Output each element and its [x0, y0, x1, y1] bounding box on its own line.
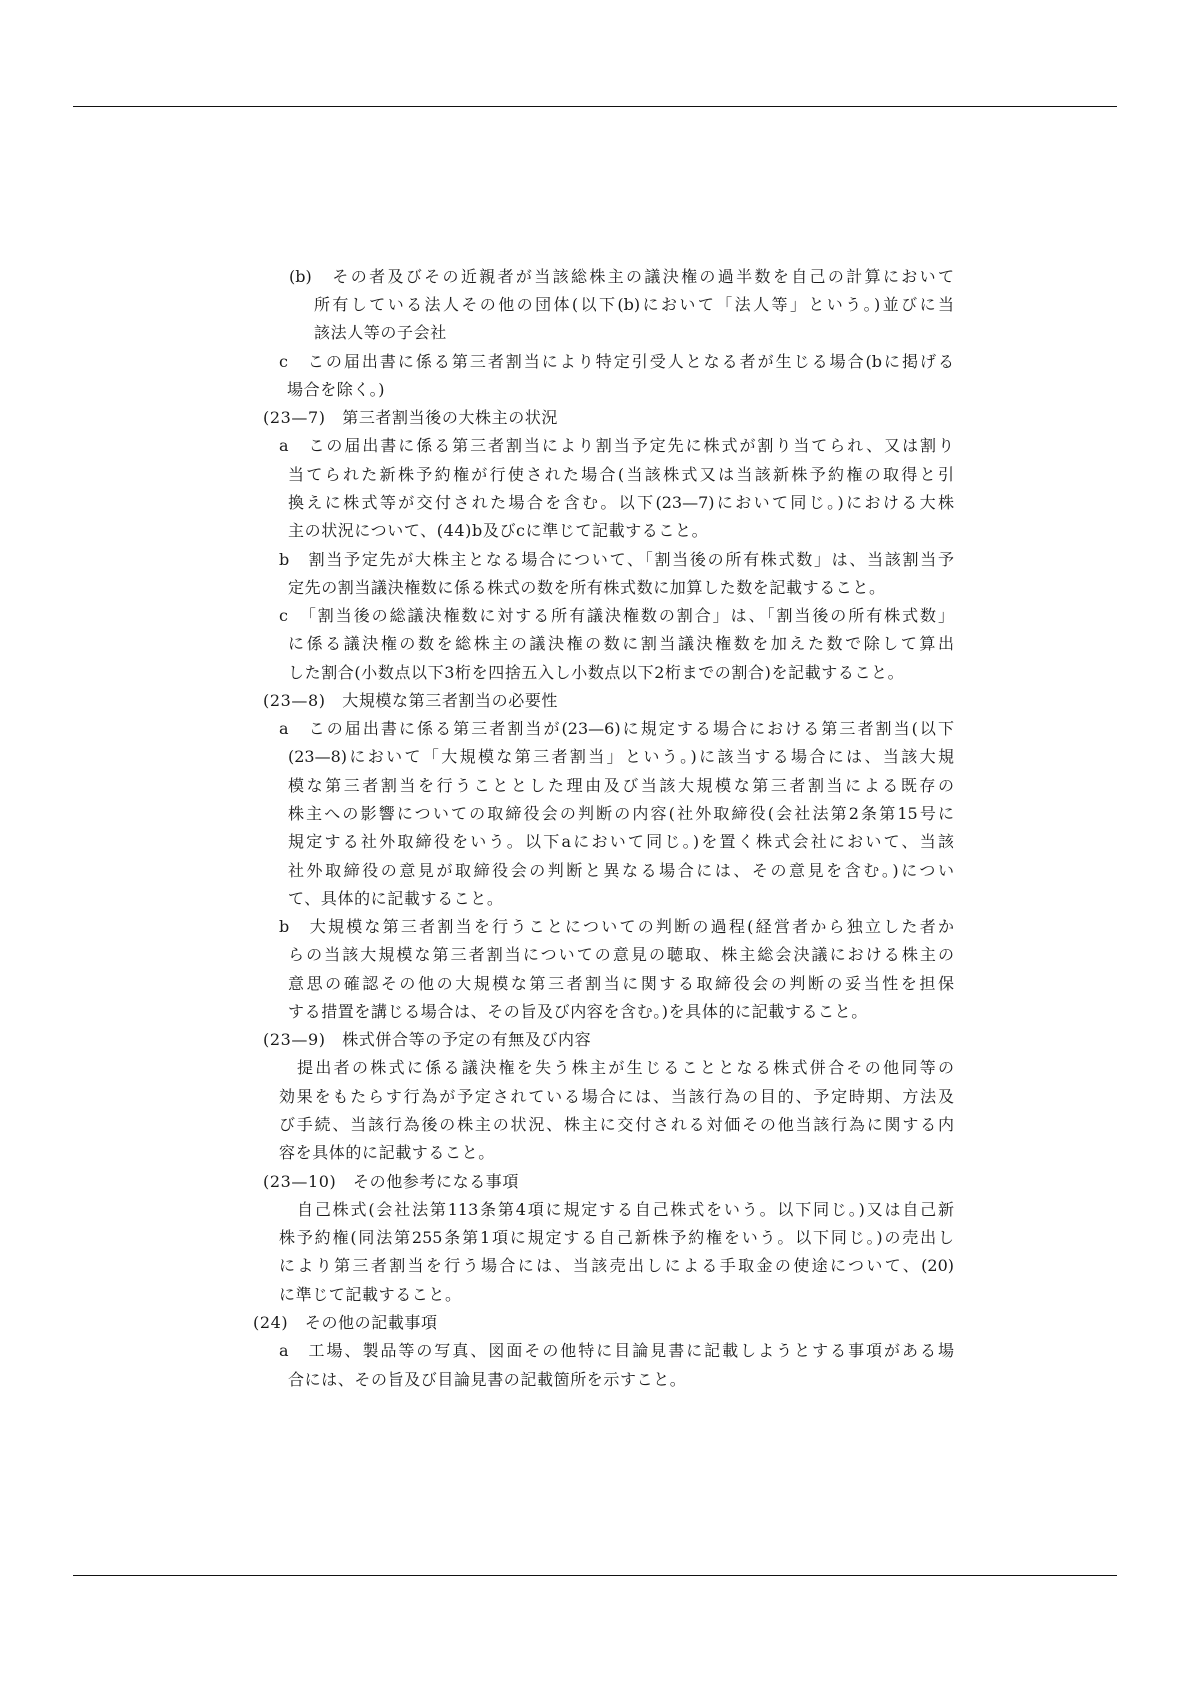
text-line: 株予約権(同法第255条第1項に規定する自己新株予約権をいう。以下同じ。)の売出… [279, 1228, 954, 1248]
text-line: 意思の確認その他の大規模な第三者割当に関する取締役会の判断の妥当性を担保 [288, 974, 954, 994]
text-line: に準じて記載すること。 [279, 1285, 462, 1305]
text-line: c 「割当後の総議決権数に対する所有議決権数の割合」は、「割当後の所有株式数」 [279, 606, 954, 626]
text-line: a この届出書に係る第三者割当により割当予定先に株式が割り当てられ、又は割り [279, 436, 954, 456]
text-line: (23—10) その他参考になる事項 [263, 1172, 519, 1192]
text-line: 当てられた新株予約権が行使された場合(当該株式又は当該新株予約権の取得と引 [288, 465, 954, 485]
text-line: らの当該大規模な第三者割当についての意見の聴取、株主総会決議における株主の [288, 945, 954, 965]
text-line: (23—8)において「大規模な第三者割当」という。)に該当する場合には、当該大規 [288, 747, 954, 767]
text-line: (24) その他の記載事項 [253, 1313, 438, 1333]
text-line: 合には、その旨及び目論見書の記載箇所を示すこと。 [288, 1370, 686, 1390]
text-line: に係る議決権の数を総株主の議決権の数に割当議決権数を加えた数で除して算出 [288, 634, 954, 654]
text-line: 自己株式(会社法第113条第4項に規定する自己株式をいう。以下同じ。)又は自己新 [297, 1200, 954, 1220]
text-line: 容を具体的に記載すること。 [279, 1143, 495, 1163]
text-line: 場合を除く。) [287, 380, 385, 400]
text-line: (23—7) 第三者割当後の大株主の状況 [263, 408, 558, 428]
text-line: 定先の割当議決権数に係る株式の数を所有株式数に加算した数を記載すること。 [288, 578, 886, 598]
text-line: 提出者の株式に係る議決権を失う株主が生じることとなる株式併合その他同等の [297, 1058, 954, 1078]
text-line: 換えに株式等が交付された場合を含む。以下(23—7)において同じ。)における大株 [288, 493, 954, 513]
text-line: a 工場、製品等の写真、図面その他特に目論見書に記載しようとする事項がある場 [279, 1341, 954, 1361]
text-line: 効果をもたらす行為が予定されている場合には、当該行為の目的、予定時期、方法及 [279, 1087, 954, 1107]
text-line: び手続、当該行為後の株主の状況、株主に交付される対価その他当該行為に関する内 [279, 1115, 954, 1135]
text-line: した割合(小数点以下3桁を四捨五入し小数点以下2桁までの割合)を記載すること。 [288, 663, 904, 683]
text-line: 株主への影響についての取締役会の判断の内容(社外取締役(会社法第2条第15号に [288, 804, 954, 824]
text-line: (23—9) 株式併合等の予定の有無及び内容 [263, 1030, 591, 1050]
text-line: て、具体的に記載すること。 [288, 889, 503, 909]
text-line: 主の状況について、(44)b及びcに準じて記載すること。 [288, 521, 708, 541]
text-line: 社外取締役の意見が取締役会の判断と異なる場合には、その意見を含む。)につい [288, 861, 954, 881]
text-line: b 大規模な第三者割当を行うことについての判断の過程(経営者から独立した者か [279, 917, 954, 937]
text-line: 所有している法人その他の団体(以下(b)において「法人等」という。)並びに当 [314, 295, 954, 315]
text-line: a この届出書に係る第三者割当が(23—6)に規定する場合における第三者割当(以… [279, 719, 954, 739]
text-line: (b) その者及びその近親者が当該総株主の議決権の過半数を自己の計算において [289, 267, 954, 287]
text-line: する措置を講じる場合は、その旨及び内容を含む。)を具体的に記載すること。 [288, 1002, 868, 1022]
text-line: により第三者割当を行う場合には、当該売出しによる手取金の使途について、(20) [279, 1256, 954, 1276]
text-line: 該法人等の子会社 [314, 323, 447, 343]
document-body: (b) その者及びその近親者が当該総株主の議決権の過半数を自己の計算において所有… [0, 0, 1192, 1685]
footer-rule [73, 1575, 1117, 1576]
text-line: (23—8) 大規模な第三者割当の必要性 [263, 691, 558, 711]
text-line: c この届出書に係る第三者割当により特定引受人となる者が生じる場合(bに掲げる [279, 352, 954, 372]
text-line: 模な第三者割当を行うこととした理由及び当該大規模な第三者割当による既存の [288, 776, 954, 796]
text-line: b 割当予定先が大株主となる場合について、「割当後の所有株式数」は、当該割当予 [279, 550, 954, 570]
text-line: 規定する社外取締役をいう。以下aにおいて同じ。)を置く株式会社において、当該 [288, 832, 954, 852]
